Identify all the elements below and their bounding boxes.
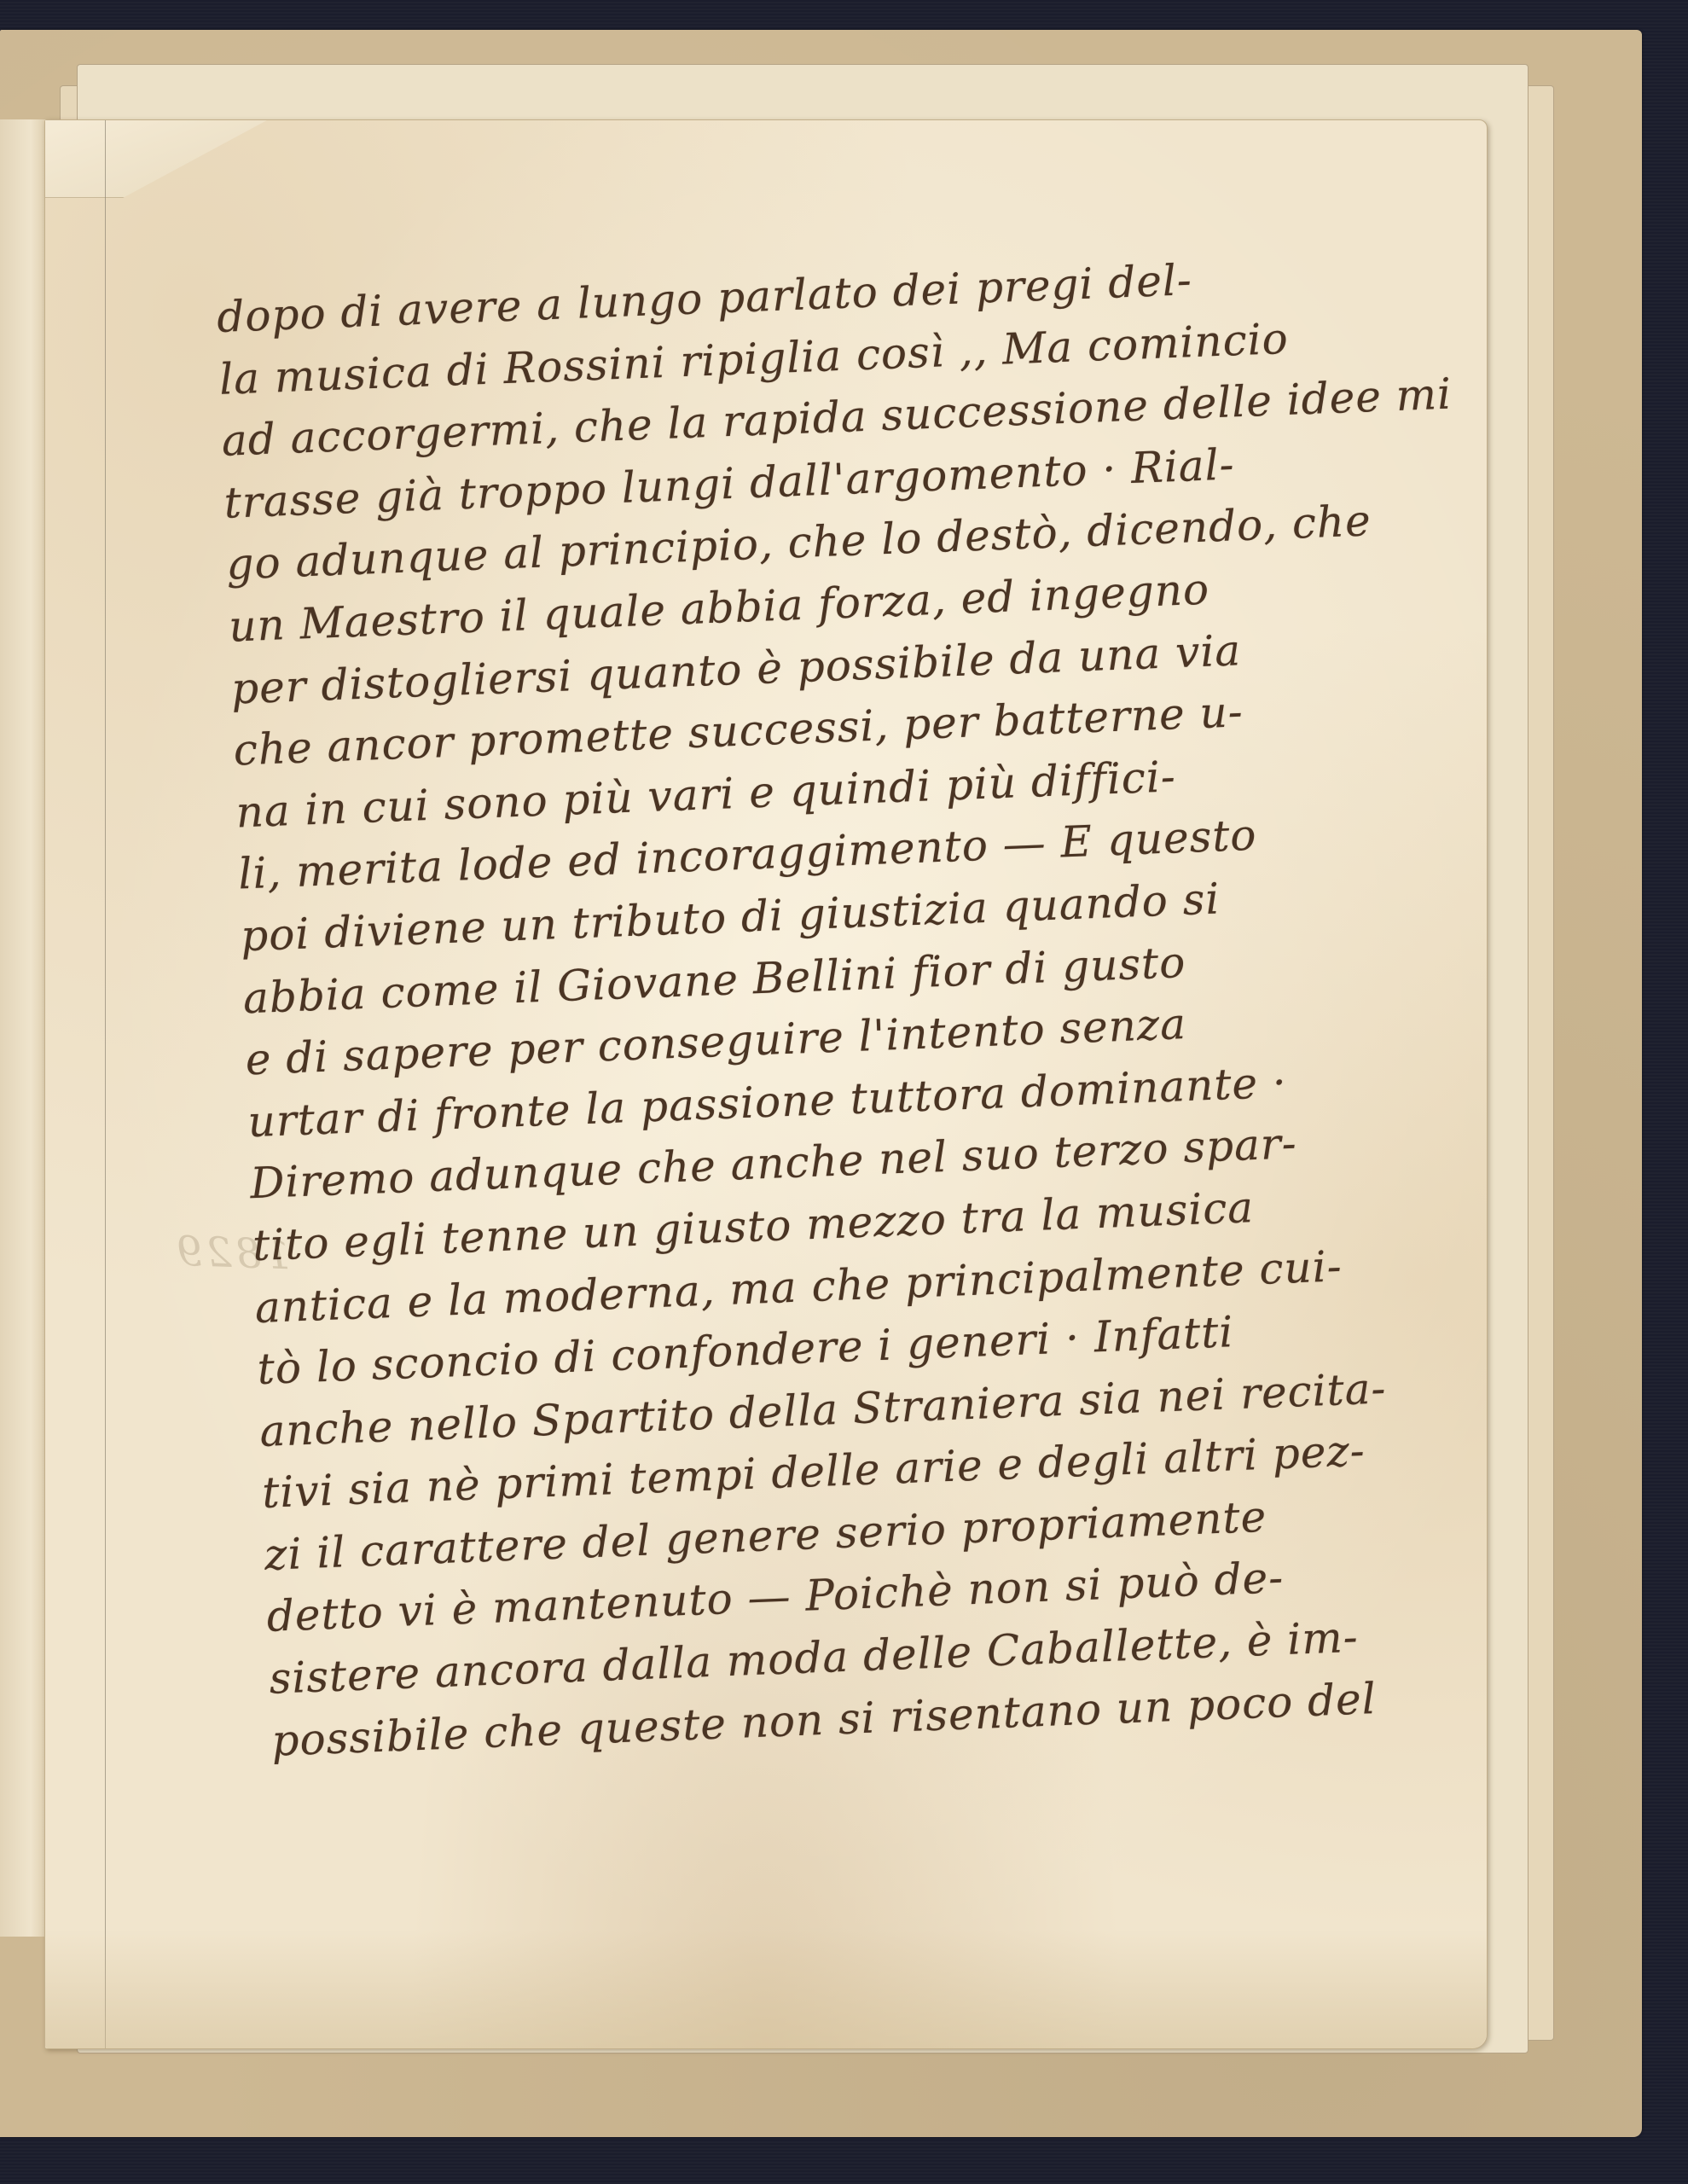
margin-rule	[105, 120, 106, 2048]
handwritten-text: dopo di avere a lungo parlato dei pregi …	[216, 241, 1466, 1772]
folded-corner	[45, 120, 267, 198]
manuscript-page: 1829 dopo di avere a lungo parlato dei p…	[44, 119, 1488, 2049]
water-damage	[45, 1929, 1487, 2048]
